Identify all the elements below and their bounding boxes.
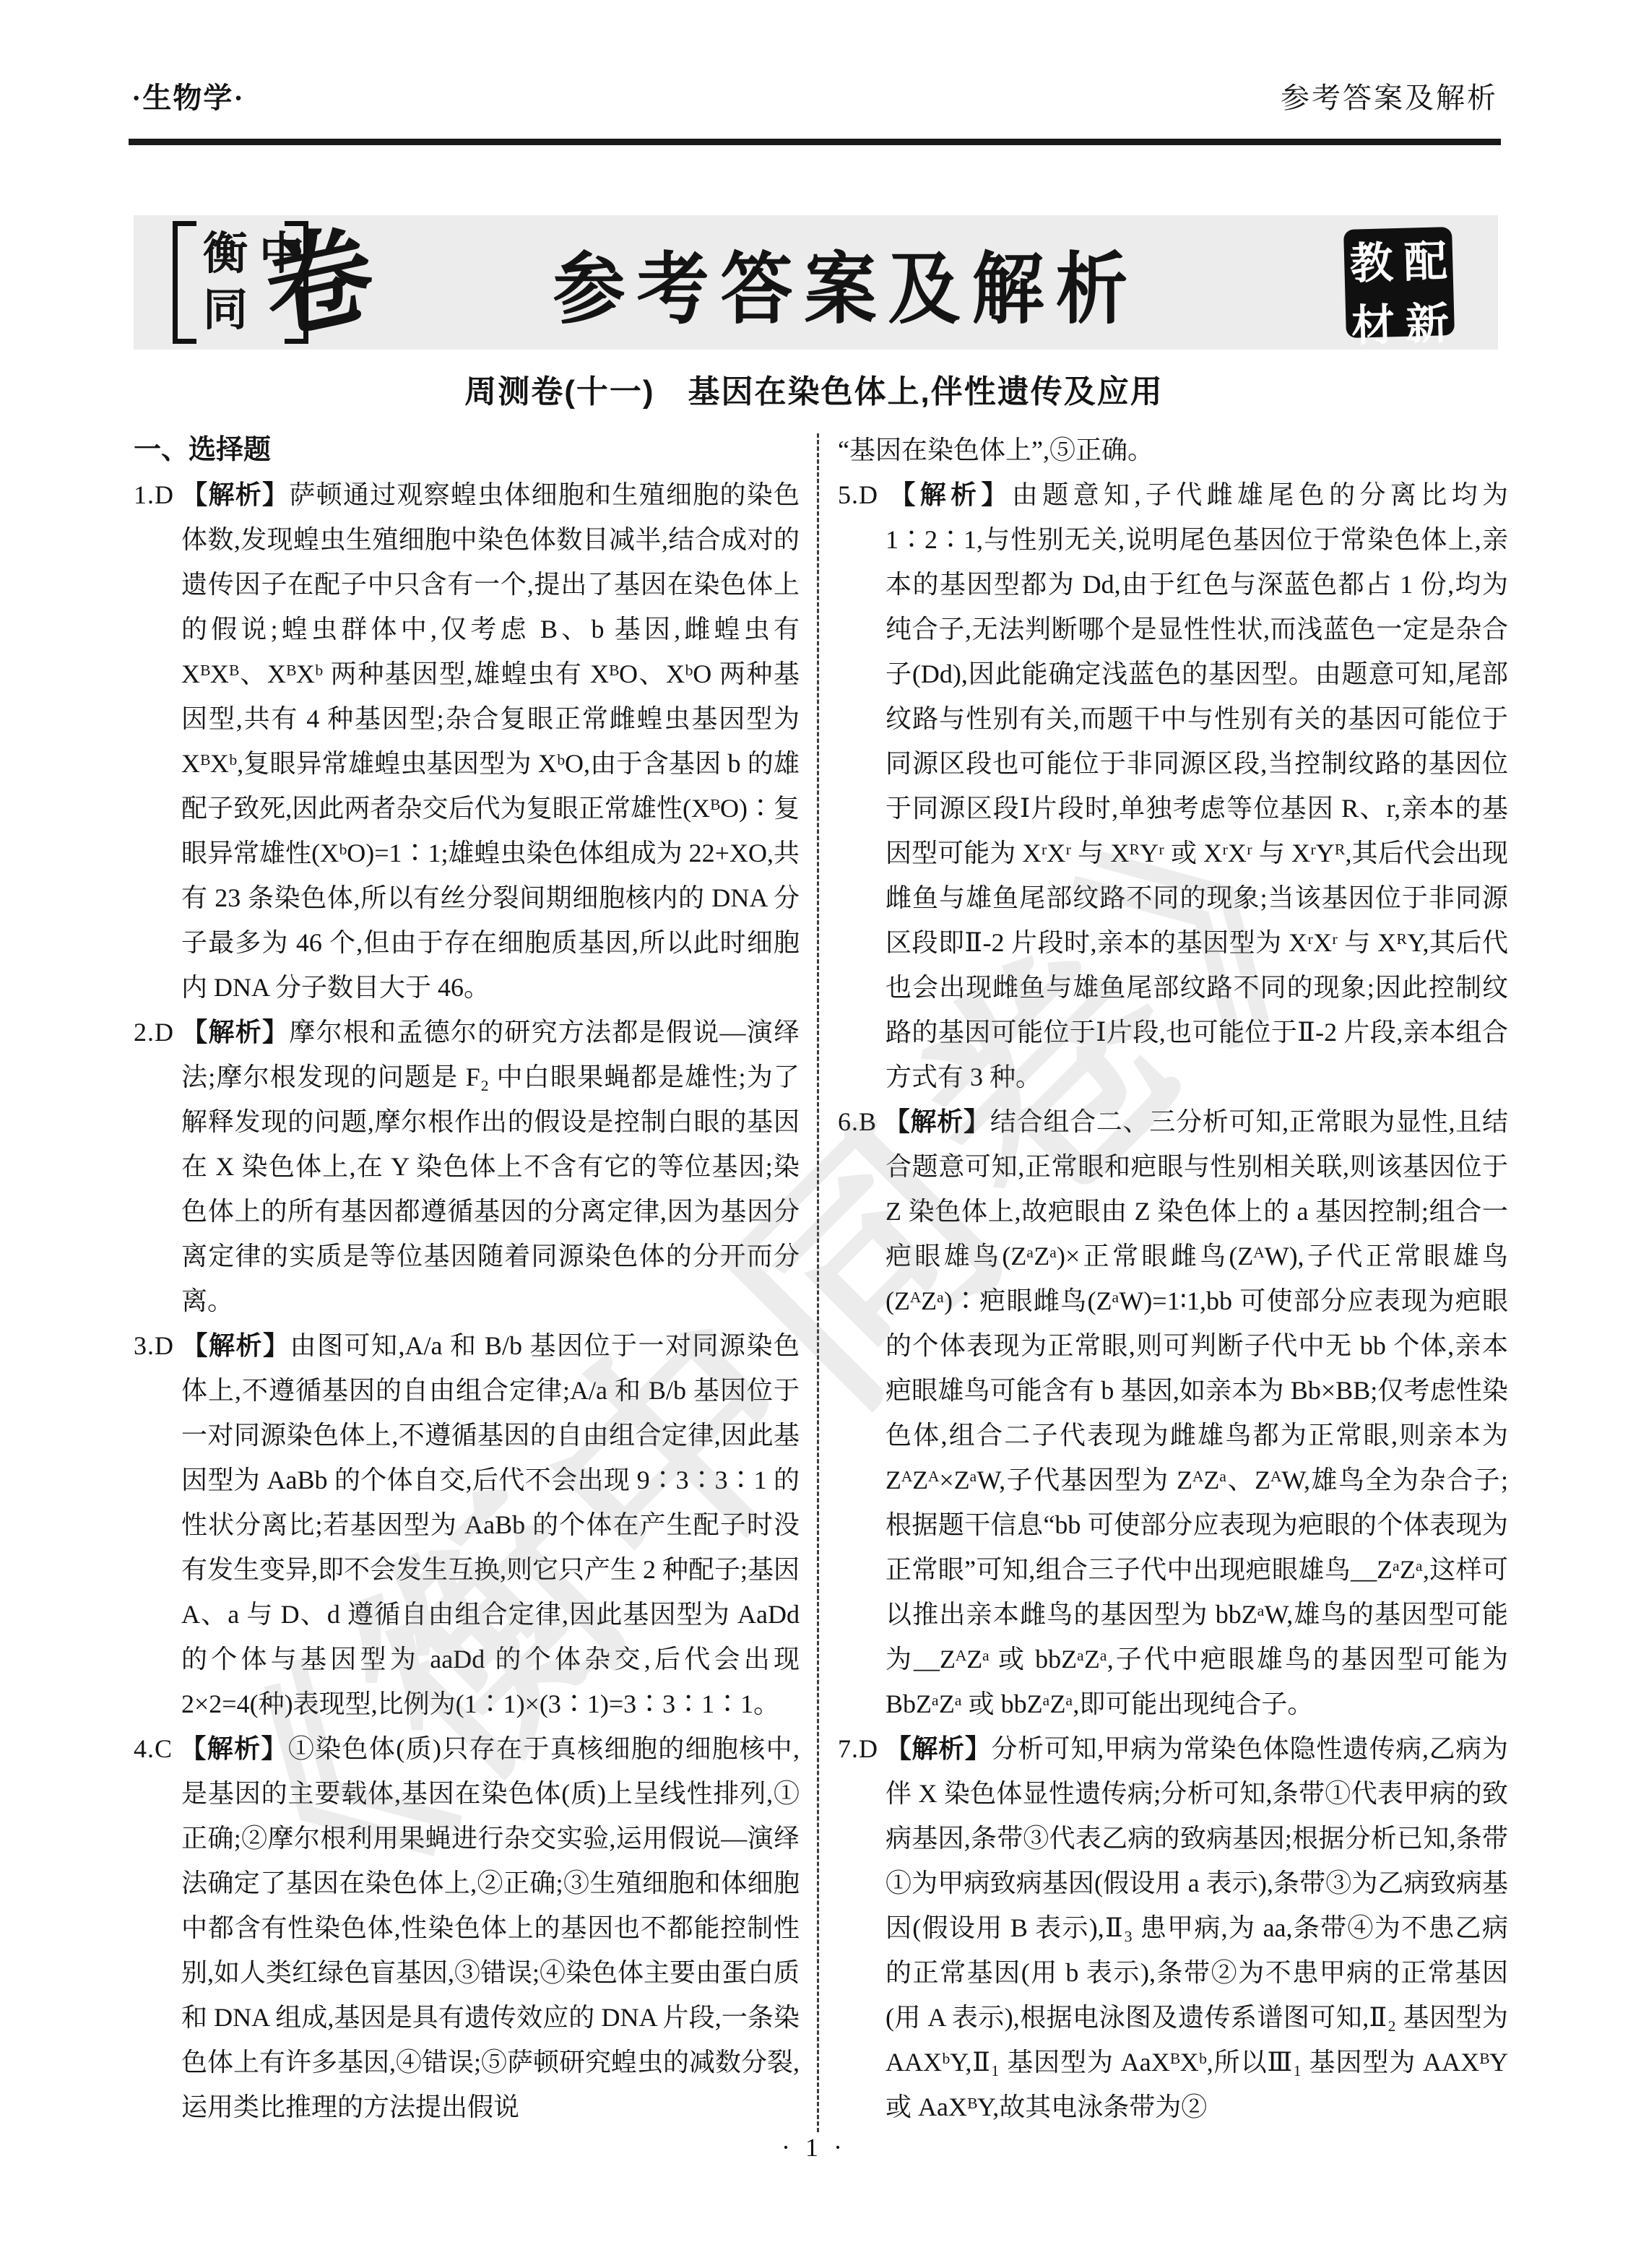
analysis-tag: 【解析】 xyxy=(180,1734,287,1763)
seal-char-4: 新 xyxy=(1399,289,1455,352)
answer-item-3: 3.D 【解析】由图可知,A/a 和 B/b 基因位于一对同源染色体上,不遵循基… xyxy=(134,1323,800,1726)
answer-number: 6.B xyxy=(838,1107,877,1136)
logo-char-1: 衡 xyxy=(197,227,254,283)
answer-key-page: ·生物学· 参考答案及解析 衡 中 同 卷 参考答案及解析 教 配 材 新 周测… xyxy=(0,0,1628,2268)
answer-number: 2.D xyxy=(134,1018,174,1047)
answer-body: 萨顿通过观察蝗虫体细胞和生殖细胞的染色体数,发现蝗虫生殖细胞中染色体数目减半,结… xyxy=(181,480,800,1002)
answer-number: 4.C xyxy=(134,1734,173,1763)
page-title: 参考答案及解析 xyxy=(347,226,1345,339)
answer-item-6: 6.B 【解析】结合组合二、三分析可知,正常眼为显性,且结合题意可知,正常眼和疤… xyxy=(838,1099,1508,1726)
choice-section-heading: 一、选择题 xyxy=(134,428,800,472)
logo-char-3: 同 xyxy=(197,283,254,339)
hengzhong-tongjuan-logo: 衡 中 同 卷 xyxy=(176,225,347,339)
running-head-title: 参考答案及解析 xyxy=(1281,81,1498,116)
column-divider xyxy=(817,433,819,2132)
answer-body: 由图可知,A/a 和 B/b 基因位于一对同源染色体上,不遵循基因的自由组合定律… xyxy=(181,1331,800,1718)
seal-char-2: 配 xyxy=(1398,227,1453,290)
paper-section-title: 周测卷(十一) 基因在染色体上,伴性遗传及应用 xyxy=(0,365,1628,412)
answer-body: 摩尔根和孟德尔的研究方法都是假说—演绎法;摩尔根发现的问题是 F₂ 中白眼果蝇都… xyxy=(181,1018,800,1315)
seal-char-3: 材 xyxy=(1345,290,1400,354)
answer-item-7: 7.D 【解析】分析可知,甲病为常染色体隐性遗传病,乙病为伴 X 染色体显性遗传… xyxy=(838,1726,1508,2129)
answer-item-4: 4.C 【解析】①染色体(质)只存在于真核细胞的细胞核中,是基因的主要载体,基因… xyxy=(134,1726,800,2129)
answer-number: 3.D xyxy=(134,1331,174,1360)
header-rule xyxy=(129,139,1501,145)
analysis-tag: 【解析】 xyxy=(181,1017,289,1047)
subject-label: ·生物学· xyxy=(131,81,245,116)
page-number: · 1 · xyxy=(0,2132,1628,2163)
seal-char-1: 教 xyxy=(1343,228,1399,292)
analysis-tag: 【解析】 xyxy=(886,1734,992,1763)
right-column: “基因在染色体上”,⑤正确。 5.D 【解析】由题意知,子代雌雄尾色的分离比均为… xyxy=(838,428,1508,2129)
analysis-tag: 【解析】 xyxy=(181,480,289,509)
answer-body: 分析可知,甲病为常染色体隐性遗传病,乙病为伴 X 染色体显性遗传病;分析可知,条… xyxy=(886,1734,1508,2121)
answer-number: 7.D xyxy=(838,1734,878,1763)
left-column: 一、选择题 1.D 【解析】萨顿通过观察蝗虫体细胞和生殖细胞的染色体数,发现蝗虫… xyxy=(134,428,800,2129)
answer-body: ①染色体(质)只存在于真核细胞的细胞核中,是基因的主要载体,基因在染色体(质)上… xyxy=(181,1734,800,2121)
answer-number: 5.D xyxy=(838,480,878,509)
title-banner: 衡 中 同 卷 参考答案及解析 教 配 材 新 xyxy=(134,215,1498,350)
answer-number: 1.D xyxy=(134,480,174,509)
analysis-tag: 【解析】 xyxy=(884,1107,990,1136)
answer-body: 由题意知,子代雌雄尾色的分离比均为 1∶2∶1,与性别无关,说明尾色基因位于常染… xyxy=(886,480,1508,1091)
answer-body: 结合组合二、三分析可知,正常眼为显性,且结合题意可知,正常眼和疤眼与性别相关联,… xyxy=(886,1107,1508,1718)
answer-item-1: 1.D 【解析】萨顿通过观察蝗虫体细胞和生殖细胞的染色体数,发现蝗虫生殖细胞中染… xyxy=(134,472,800,1010)
analysis-tag: 【解析】 xyxy=(182,1330,290,1360)
new-textbook-seal: 教 配 材 新 xyxy=(1343,227,1455,338)
logo-characters: 衡 中 同 xyxy=(197,227,310,339)
running-head: ·生物学· 参考答案及解析 xyxy=(131,81,1498,116)
answer-item-2: 2.D 【解析】摩尔根和孟德尔的研究方法都是假说—演绎法;摩尔根发现的问题是 F… xyxy=(134,1010,800,1323)
analysis-tag: 【解析】 xyxy=(889,480,1012,509)
answer-item-4-continuation: “基因在染色体上”,⑤正确。 xyxy=(838,428,1508,472)
answer-item-5: 5.D 【解析】由题意知,子代雌雄尾色的分离比均为 1∶2∶1,与性别无关,说明… xyxy=(838,472,1508,1099)
